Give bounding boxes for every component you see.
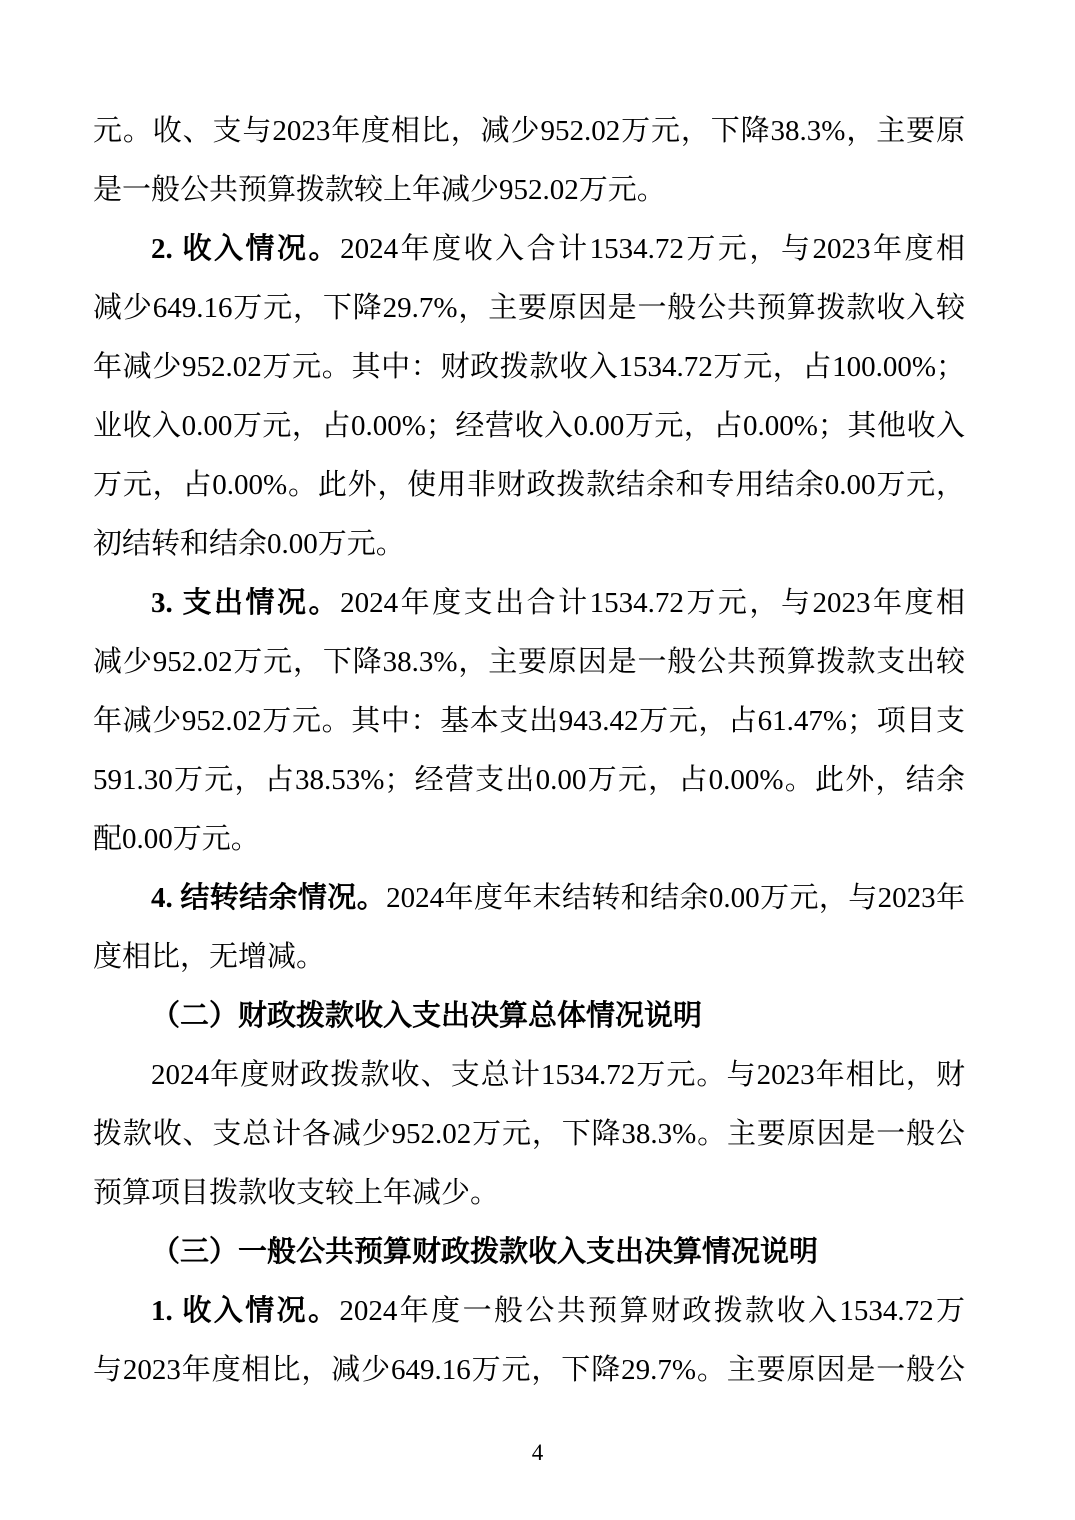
text-line: 减少952.02万元，下降38.3%，主要原因是一般公共预算拨款支出较上 [93,633,965,692]
text-line: 初结转和结余0.00万元。 [93,515,965,574]
text-segment: 元。收、支与2023年度相比，减少952.02万元，下降38.3%，主要原因 [93,115,965,161]
text-segment: 年减少952.02万元。其中：财政拨款收入1534.72万元，占100.00%；… [93,351,965,397]
text-line: 配0.00万元。 [93,810,965,869]
text-line: 与2023年度相比，减少649.16万元，下降29.7%。主要原因是一般公共 [93,1341,965,1400]
bold-text-segment: 2. 收入情况。 [151,233,340,265]
text-segment: 是一般公共预算拨款较上年减少952.02万元。 [93,174,666,206]
text-line: 度相比，无增减。 [93,928,965,987]
text-line: 1. 收入情况。2024年度一般公共预算财政拨款收入1534.72万元， [93,1282,965,1341]
text-segment: 减少649.16万元，下降29.7%，主要原因是一般公共预算拨款收入较上 [93,292,965,338]
text-line: 减少649.16万元，下降29.7%，主要原因是一般公共预算拨款收入较上 [93,279,965,338]
text-line: 2024年度财政拨款收、支总计1534.72万元。与2023年相比，财政 [93,1046,965,1105]
text-segment: 度相比，无增减。 [93,941,325,973]
text-segment: 2024年度财政拨款收、支总计1534.72万元。与2023年相比，财政 [93,1059,965,1105]
text-line: 年减少952.02万元。其中：财政拨款收入1534.72万元，占100.00%；… [93,338,965,397]
text-segment: 配0.00万元。 [93,823,260,855]
text-line: 预算项目拨款收支较上年减少。 [93,1164,965,1223]
bold-text-segment: 1. 收入情况。 [151,1295,339,1327]
text-line: 4. 结转结余情况。2024年度年末结转和结余0.00万元，与2023年 [93,869,965,928]
bold-text-segment: （二）财政拨款收入支出决算总体情况说明 [151,1000,702,1032]
text-line: 元。收、支与2023年度相比，减少952.02万元，下降38.3%，主要原因 [93,102,965,161]
text-segment: 拨款收、支总计各减少952.02万元，下降38.3%。主要原因是一般公共 [93,1118,965,1164]
bold-text-segment: 4. 结转结余情况。 [151,882,386,914]
text-line: 3. 支出情况。2024年度支出合计1534.72万元，与2023年度相比， [93,574,965,633]
text-segment: 初结转和结余0.00万元。 [93,528,405,560]
text-line: 万元，占0.00%。此外，使用非财政拨款结余和专用结余0.00万元，年 [93,456,965,515]
text-line: （三）一般公共预算财政拨款收入支出决算情况说明 [93,1223,965,1282]
text-line: 591.30万元，占38.53%；经营支出0.00万元，占0.00%。此外，结余… [93,751,965,810]
document-page: 元。收、支与2023年度相比，减少952.02万元，下降38.3%，主要原因是一… [0,0,1075,1520]
text-segment: 591.30万元，占38.53%；经营支出0.00万元，占0.00%。此外，结余… [93,764,965,810]
text-segment: 减少952.02万元，下降38.3%，主要原因是一般公共预算拨款支出较上 [93,646,965,692]
text-line: 拨款收、支总计各减少952.02万元，下降38.3%。主要原因是一般公共 [93,1105,965,1164]
bold-text-segment: 3. 支出情况。 [151,587,340,619]
text-line: 业收入0.00万元，占0.00%；经营收入0.00万元，占0.00%；其他收入0… [93,397,965,456]
text-segment: 业收入0.00万元，占0.00%；经营收入0.00万元，占0.00%；其他收入0… [93,410,965,456]
text-segment: 年减少952.02万元。其中：基本支出943.42万元，占61.47%；项目支出 [93,705,965,751]
text-line: （二）财政拨款收入支出决算总体情况说明 [93,987,965,1046]
text-segment: 与2023年度相比，减少649.16万元，下降29.7%。主要原因是一般公共 [93,1354,965,1400]
text-line: 2. 收入情况。2024年度收入合计1534.72万元，与2023年度相比， [93,220,965,279]
text-line: 年减少952.02万元。其中：基本支出943.42万元，占61.47%；项目支出 [93,692,965,751]
document-body: 元。收、支与2023年度相比，减少952.02万元，下降38.3%，主要原因是一… [93,102,965,1400]
text-line: 是一般公共预算拨款较上年减少952.02万元。 [93,161,965,220]
text-segment: 预算项目拨款收支较上年减少。 [93,1177,499,1209]
bold-text-segment: （三）一般公共预算财政拨款收入支出决算情况说明 [151,1236,818,1268]
text-segment: 万元，占0.00%。此外，使用非财政拨款结余和专用结余0.00万元，年 [93,469,965,515]
page-number: 4 [0,1438,1075,1468]
text-segment: 2024年度年末结转和结余0.00万元，与2023年 [386,882,965,914]
